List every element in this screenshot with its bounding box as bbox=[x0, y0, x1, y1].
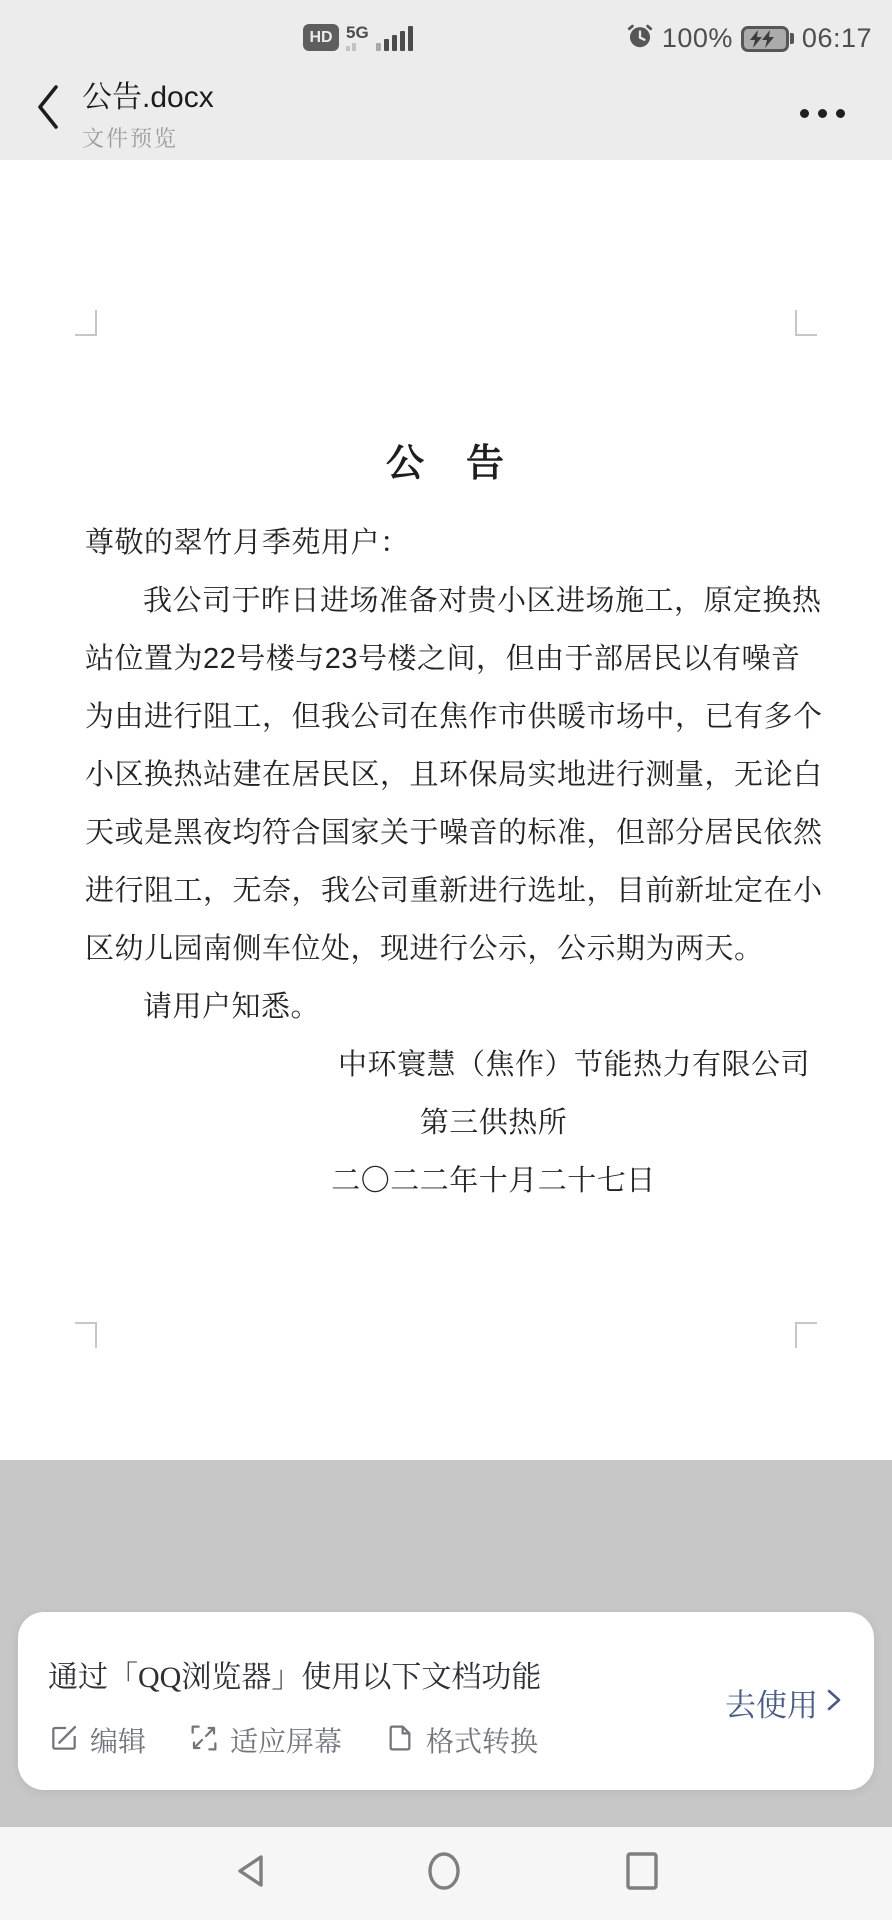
document-body: 尊敬的翠竹月季苑用户： 我公司于昨日进场准备对贵小区进场施工，原定换热 站位置为… bbox=[85, 514, 810, 1210]
status-bar: HD 5G 100% bbox=[0, 0, 892, 70]
file-preview-subtitle: 文件预览 bbox=[82, 122, 214, 153]
battery-percent: 100% bbox=[662, 23, 733, 54]
signature-department: 第三供热所 bbox=[85, 1094, 810, 1152]
go-use-link[interactable]: 去使用 bbox=[725, 1680, 842, 1725]
header-title-block: 公告.docx 文件预览 bbox=[82, 72, 214, 153]
feature-fit-screen-label: 适应屏幕 bbox=[230, 1720, 342, 1760]
more-menu-button[interactable] bbox=[792, 96, 852, 130]
page-corner-mark-bottom-right bbox=[795, 1322, 817, 1348]
chevron-right-icon bbox=[826, 1686, 842, 1719]
signature-date: 二〇二二年十月二十七日 bbox=[85, 1152, 810, 1210]
nav-home-circle-icon bbox=[425, 1849, 463, 1898]
format-convert-icon bbox=[384, 1722, 416, 1759]
nav-back-button[interactable] bbox=[210, 1827, 290, 1920]
alarm-icon bbox=[626, 22, 654, 55]
doc-line: 小区换热站建在居民区，且环保局实地进行测量，无论白 bbox=[85, 746, 810, 804]
back-button[interactable] bbox=[22, 78, 74, 140]
page-corner-mark-top-right bbox=[795, 310, 817, 336]
nav-recents-button[interactable] bbox=[602, 1827, 682, 1920]
nav-home-button[interactable] bbox=[404, 1827, 484, 1920]
network-type: 5G bbox=[346, 24, 369, 51]
promo-title: 通过「QQ浏览器」使用以下文档功能 bbox=[48, 1652, 541, 1696]
go-use-label: 去使用 bbox=[725, 1680, 818, 1725]
doc-line: 天或是黑夜均符合国家关于噪音的标准，但部分居民依然 bbox=[85, 804, 810, 862]
top-chrome: HD 5G 100% bbox=[0, 0, 892, 160]
doc-line: 区幼儿园南侧车位处，现进行公示，公示期为两天。 bbox=[85, 920, 810, 978]
status-right-cluster: 100% 06:17 bbox=[626, 22, 872, 55]
nav-back-triangle-icon bbox=[231, 1851, 269, 1896]
header: 公告.docx 文件预览 bbox=[0, 70, 892, 160]
feature-fit-screen[interactable]: 适应屏幕 bbox=[188, 1720, 342, 1760]
doc-line-greeting: 尊敬的翠竹月季苑用户： bbox=[85, 514, 810, 572]
document-title: 公 告 bbox=[0, 432, 892, 487]
battery-charging-icon bbox=[741, 26, 794, 52]
promo-content: 通过「QQ浏览器」使用以下文档功能 编辑 bbox=[48, 1652, 541, 1760]
feature-format-convert[interactable]: 格式转换 bbox=[384, 1720, 538, 1760]
edit-icon bbox=[48, 1722, 80, 1759]
feature-format-convert-label: 格式转换 bbox=[426, 1720, 538, 1760]
status-left-cluster: HD 5G bbox=[303, 24, 413, 51]
feature-edit[interactable]: 编辑 bbox=[48, 1720, 146, 1760]
feature-row: 编辑 适应屏幕 bbox=[48, 1720, 541, 1760]
doc-line: 站位置为22号楼与23号楼之间，但由于部居民以有噪音 bbox=[85, 630, 810, 688]
nav-recents-square-icon bbox=[623, 1850, 661, 1897]
document-preview-page: 公 告 尊敬的翠竹月季苑用户： 我公司于昨日进场准备对贵小区进场施工，原定换热 … bbox=[0, 160, 892, 1460]
doc-line: 进行阻工，无奈，我公司重新进行选址，目前新址定在小 bbox=[85, 862, 810, 920]
more-dots-icon bbox=[800, 109, 809, 118]
doc-line: 我公司于昨日进场准备对贵小区进场施工，原定换热 bbox=[85, 572, 810, 630]
chevron-left-icon bbox=[34, 83, 62, 136]
feature-edit-label: 编辑 bbox=[90, 1720, 146, 1760]
fit-screen-icon bbox=[188, 1722, 220, 1759]
page-corner-mark-top-left bbox=[75, 310, 97, 336]
doc-line-closing: 请用户知悉。 bbox=[85, 978, 810, 1036]
network-5g-label: 5G bbox=[346, 24, 369, 41]
signature-company: 中环寰慧（焦作）节能热力有限公司 bbox=[85, 1036, 810, 1094]
clock-time: 06:17 bbox=[802, 23, 872, 54]
android-navigation-bar bbox=[0, 1827, 892, 1920]
doc-line: 为由进行阻工，但我公司在焦作市供暖市场中，已有多个 bbox=[85, 688, 810, 746]
page-corner-mark-bottom-left bbox=[75, 1322, 97, 1348]
file-name-title: 公告.docx bbox=[82, 72, 214, 116]
signal-strength-icon bbox=[376, 26, 413, 51]
hd-volte-icon: HD bbox=[303, 24, 339, 51]
qq-browser-promo-card[interactable]: 通过「QQ浏览器」使用以下文档功能 编辑 bbox=[18, 1612, 874, 1790]
secondary-sim-signal-icon bbox=[346, 43, 356, 51]
